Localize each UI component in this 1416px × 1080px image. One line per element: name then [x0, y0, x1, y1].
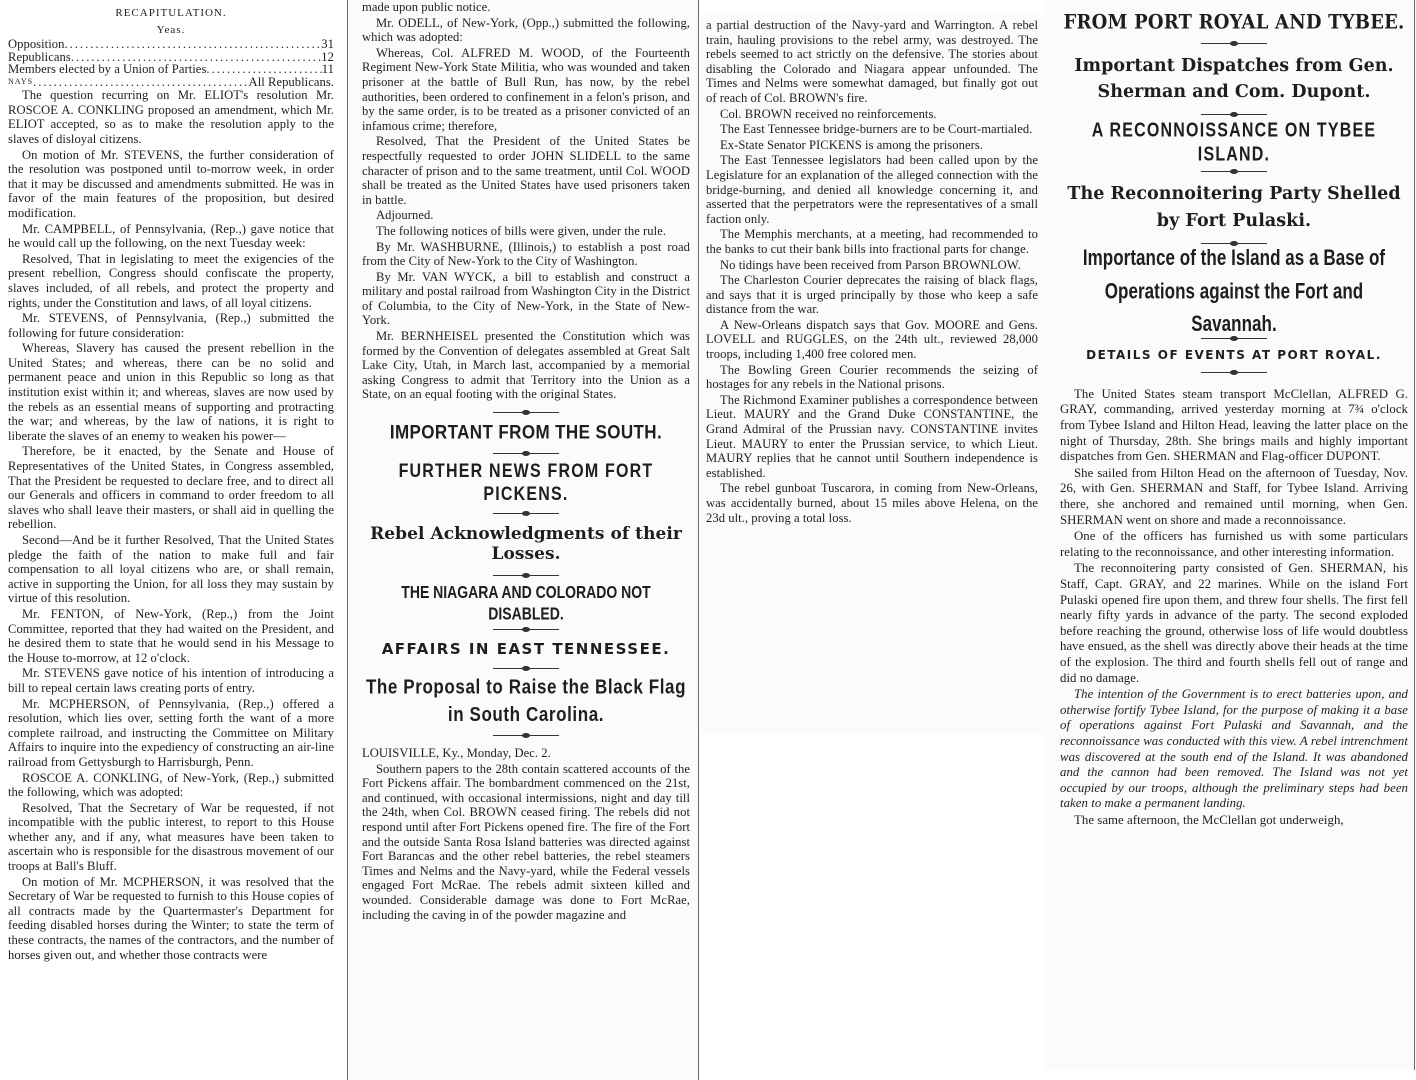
- dateline: LOUISVILLE, Ky., Monday, Dec. 2.: [362, 746, 690, 761]
- column-south-news-continued: a partial destruction of the Navy-yard a…: [700, 14, 1044, 734]
- ornamental-rule: [1201, 372, 1267, 373]
- headline-port-royal-tybee: FROM PORT ROYAL AND TYBEE.: [1060, 11, 1408, 35]
- ornamental-rule: [493, 735, 559, 736]
- paragraph: Mr. ODELL, of New-York, (Opp.,) submitte…: [362, 16, 690, 45]
- paragraph: ROSCOE A. CONKLING, of New-York, (Rep.,)…: [8, 771, 334, 800]
- paragraph: Mr. STEVENS gave notice of his intention…: [8, 666, 334, 695]
- ornamental-rule: [493, 629, 559, 630]
- headline-black-flag: The Proposal to Raise the Black Flag in …: [362, 675, 690, 730]
- paragraph: The East Tennessee legislators had been …: [706, 153, 1038, 226]
- paragraph: She sailed from Hilton Head on the after…: [1060, 466, 1408, 528]
- ornamental-rule: [493, 575, 559, 576]
- headline-stack: FROM PORT ROYAL AND TYBEE. Important Dis…: [1060, 12, 1408, 373]
- paragraph: Mr. CAMPBELL, of Pennsylvania, (Rep.,) g…: [8, 222, 334, 251]
- vote-row-nays: NAYSAll Republicans.: [8, 76, 334, 89]
- paragraph: made upon public notice.: [362, 0, 690, 15]
- headline-rebel-acknowledgments: Rebel Acknowledgments of their Losses.: [362, 524, 690, 565]
- headline-fort-pickens: FURTHER NEWS FROM FORT PICKENS.: [362, 461, 690, 507]
- paragraph: The same afternoon, the McClellan got un…: [1060, 813, 1408, 829]
- paragraph: The intention of the Government is to er…: [1060, 687, 1408, 812]
- ornamental-rule: [493, 412, 559, 413]
- paragraph: Mr. FENTON, of New-York, (Rep.,) from th…: [8, 607, 334, 665]
- paragraph: Resolved, That in legislating to meet th…: [8, 252, 334, 310]
- paragraph: The question recurring on Mr. ELIOT's re…: [8, 88, 334, 146]
- ornamental-rule: [1201, 171, 1267, 172]
- paragraph: Col. BROWN received no reinforcements.: [706, 107, 1038, 122]
- paragraph: Ex-State Senator PICKENS is among the pr…: [706, 138, 1038, 153]
- vote-row-union-members: Members elected by a Union of Parties11: [8, 63, 334, 76]
- ornamental-rule: [1201, 114, 1267, 115]
- ornamental-rule: [493, 453, 559, 454]
- paragraph: Therefore, be it enacted, by the Senate …: [8, 444, 334, 532]
- column-divider: [698, 0, 699, 1080]
- column-congress-proceedings: RECAPITULATION. Yeas. Opposition31 Repub…: [0, 0, 346, 1080]
- yeas-heading: Yeas.: [8, 23, 334, 38]
- paragraph: The rebel gunboat Tuscarora, in coming f…: [706, 481, 1038, 525]
- paragraph: Mr. STEVENS, of Pennsylvania, (Rep.,) su…: [8, 311, 334, 340]
- paragraph: The United States steam transport McClel…: [1060, 387, 1408, 465]
- ornamental-rule: [493, 668, 559, 669]
- headline-reconnoissance-tybee: A RECONNOISSANCE ON TYBEE ISLAND.: [1060, 119, 1408, 167]
- paragraph: Adjourned.: [362, 208, 690, 223]
- paragraph: No tidings have been received from Parso…: [706, 258, 1038, 273]
- paragraph: The Memphis merchants, at a meeting, had…: [706, 227, 1038, 256]
- headline-important-dispatches: Important Dispatches from Gen. Sherman a…: [1060, 53, 1408, 106]
- paragraph: a partial destruction of the Navy-yard a…: [706, 18, 1038, 106]
- ornamental-rule: [1201, 338, 1267, 339]
- paragraph: Resolved, That the President of the Unit…: [362, 134, 690, 207]
- headline-party-shelled: The Reconnoitering Party Shelled by Fort…: [1060, 181, 1408, 234]
- paragraph: A New-Orleans dispatch says that Gov. MO…: [706, 318, 1038, 362]
- column-port-royal: FROM PORT ROYAL AND TYBEE. Important Dis…: [1044, 0, 1416, 1070]
- column-south-news: made upon public notice. Mr. ODELL, of N…: [350, 0, 698, 1080]
- headline-important-from-south: IMPORTANT FROM THE SOUTH.: [362, 422, 690, 445]
- paragraph: The following notices of bills were give…: [362, 224, 690, 239]
- paragraph: One of the officers has furnished us wit…: [1060, 529, 1408, 560]
- paragraph: By Mr. VAN WYCK, a bill to establish and…: [362, 270, 690, 328]
- paragraph: Second—And be it further Resolved, That …: [8, 533, 334, 606]
- paragraph: The Bowling Green Courier recommends the…: [706, 363, 1038, 392]
- paragraph: Resolved, That the Secretary of War be r…: [8, 801, 334, 874]
- paragraph: Mr. MCPHERSON, of Pennsylvania, (Rep.,) …: [8, 697, 334, 770]
- paragraph: Whereas, Slavery has caused the present …: [8, 341, 334, 443]
- paragraph: The East Tennessee bridge-burners are to…: [706, 122, 1038, 137]
- recapitulation-heading: RECAPITULATION.: [8, 6, 334, 21]
- paragraph: Southern papers to the 28th contain scat…: [362, 762, 690, 923]
- headline-importance-island: Importance of the Island as a Base of Op…: [1060, 241, 1408, 340]
- headline-east-tennessee: AFFAIRS IN EAST TENNESSEE.: [362, 640, 690, 658]
- paragraph: The Richmond Examiner publishes a corres…: [706, 393, 1038, 481]
- paragraph: The Charleston Courier deprecates the ra…: [706, 273, 1038, 317]
- paragraph: The reconnoitering party consisted of Ge…: [1060, 561, 1408, 686]
- paragraph: Mr. BERNHEISEL presented the Constitutio…: [362, 329, 690, 402]
- column-divider: [347, 0, 348, 1080]
- paragraph: On motion of Mr. MCPHERSON, it was resol…: [8, 875, 334, 963]
- ornamental-rule: [493, 513, 559, 514]
- paragraph: By Mr. WASHBURNE, (Illinois,) to establi…: [362, 240, 690, 269]
- column-divider: [1414, 0, 1415, 1070]
- ornamental-rule: [1201, 43, 1267, 44]
- paragraph: Whereas, Col. ALFRED M. WOOD, of the Fou…: [362, 46, 690, 134]
- vote-tally: Opposition31 Republicans12 Members elect…: [8, 38, 334, 88]
- headline-details-port-royal: DETAILS OF EVENTS AT PORT ROYAL.: [1060, 348, 1408, 362]
- vote-row-opposition: Opposition31: [8, 38, 334, 51]
- headline-niagara-colorado: THE NIAGARA AND COLORADO NOT DISABLED.: [362, 581, 690, 623]
- paragraph: On motion of Mr. STEVENS, the further co…: [8, 148, 334, 221]
